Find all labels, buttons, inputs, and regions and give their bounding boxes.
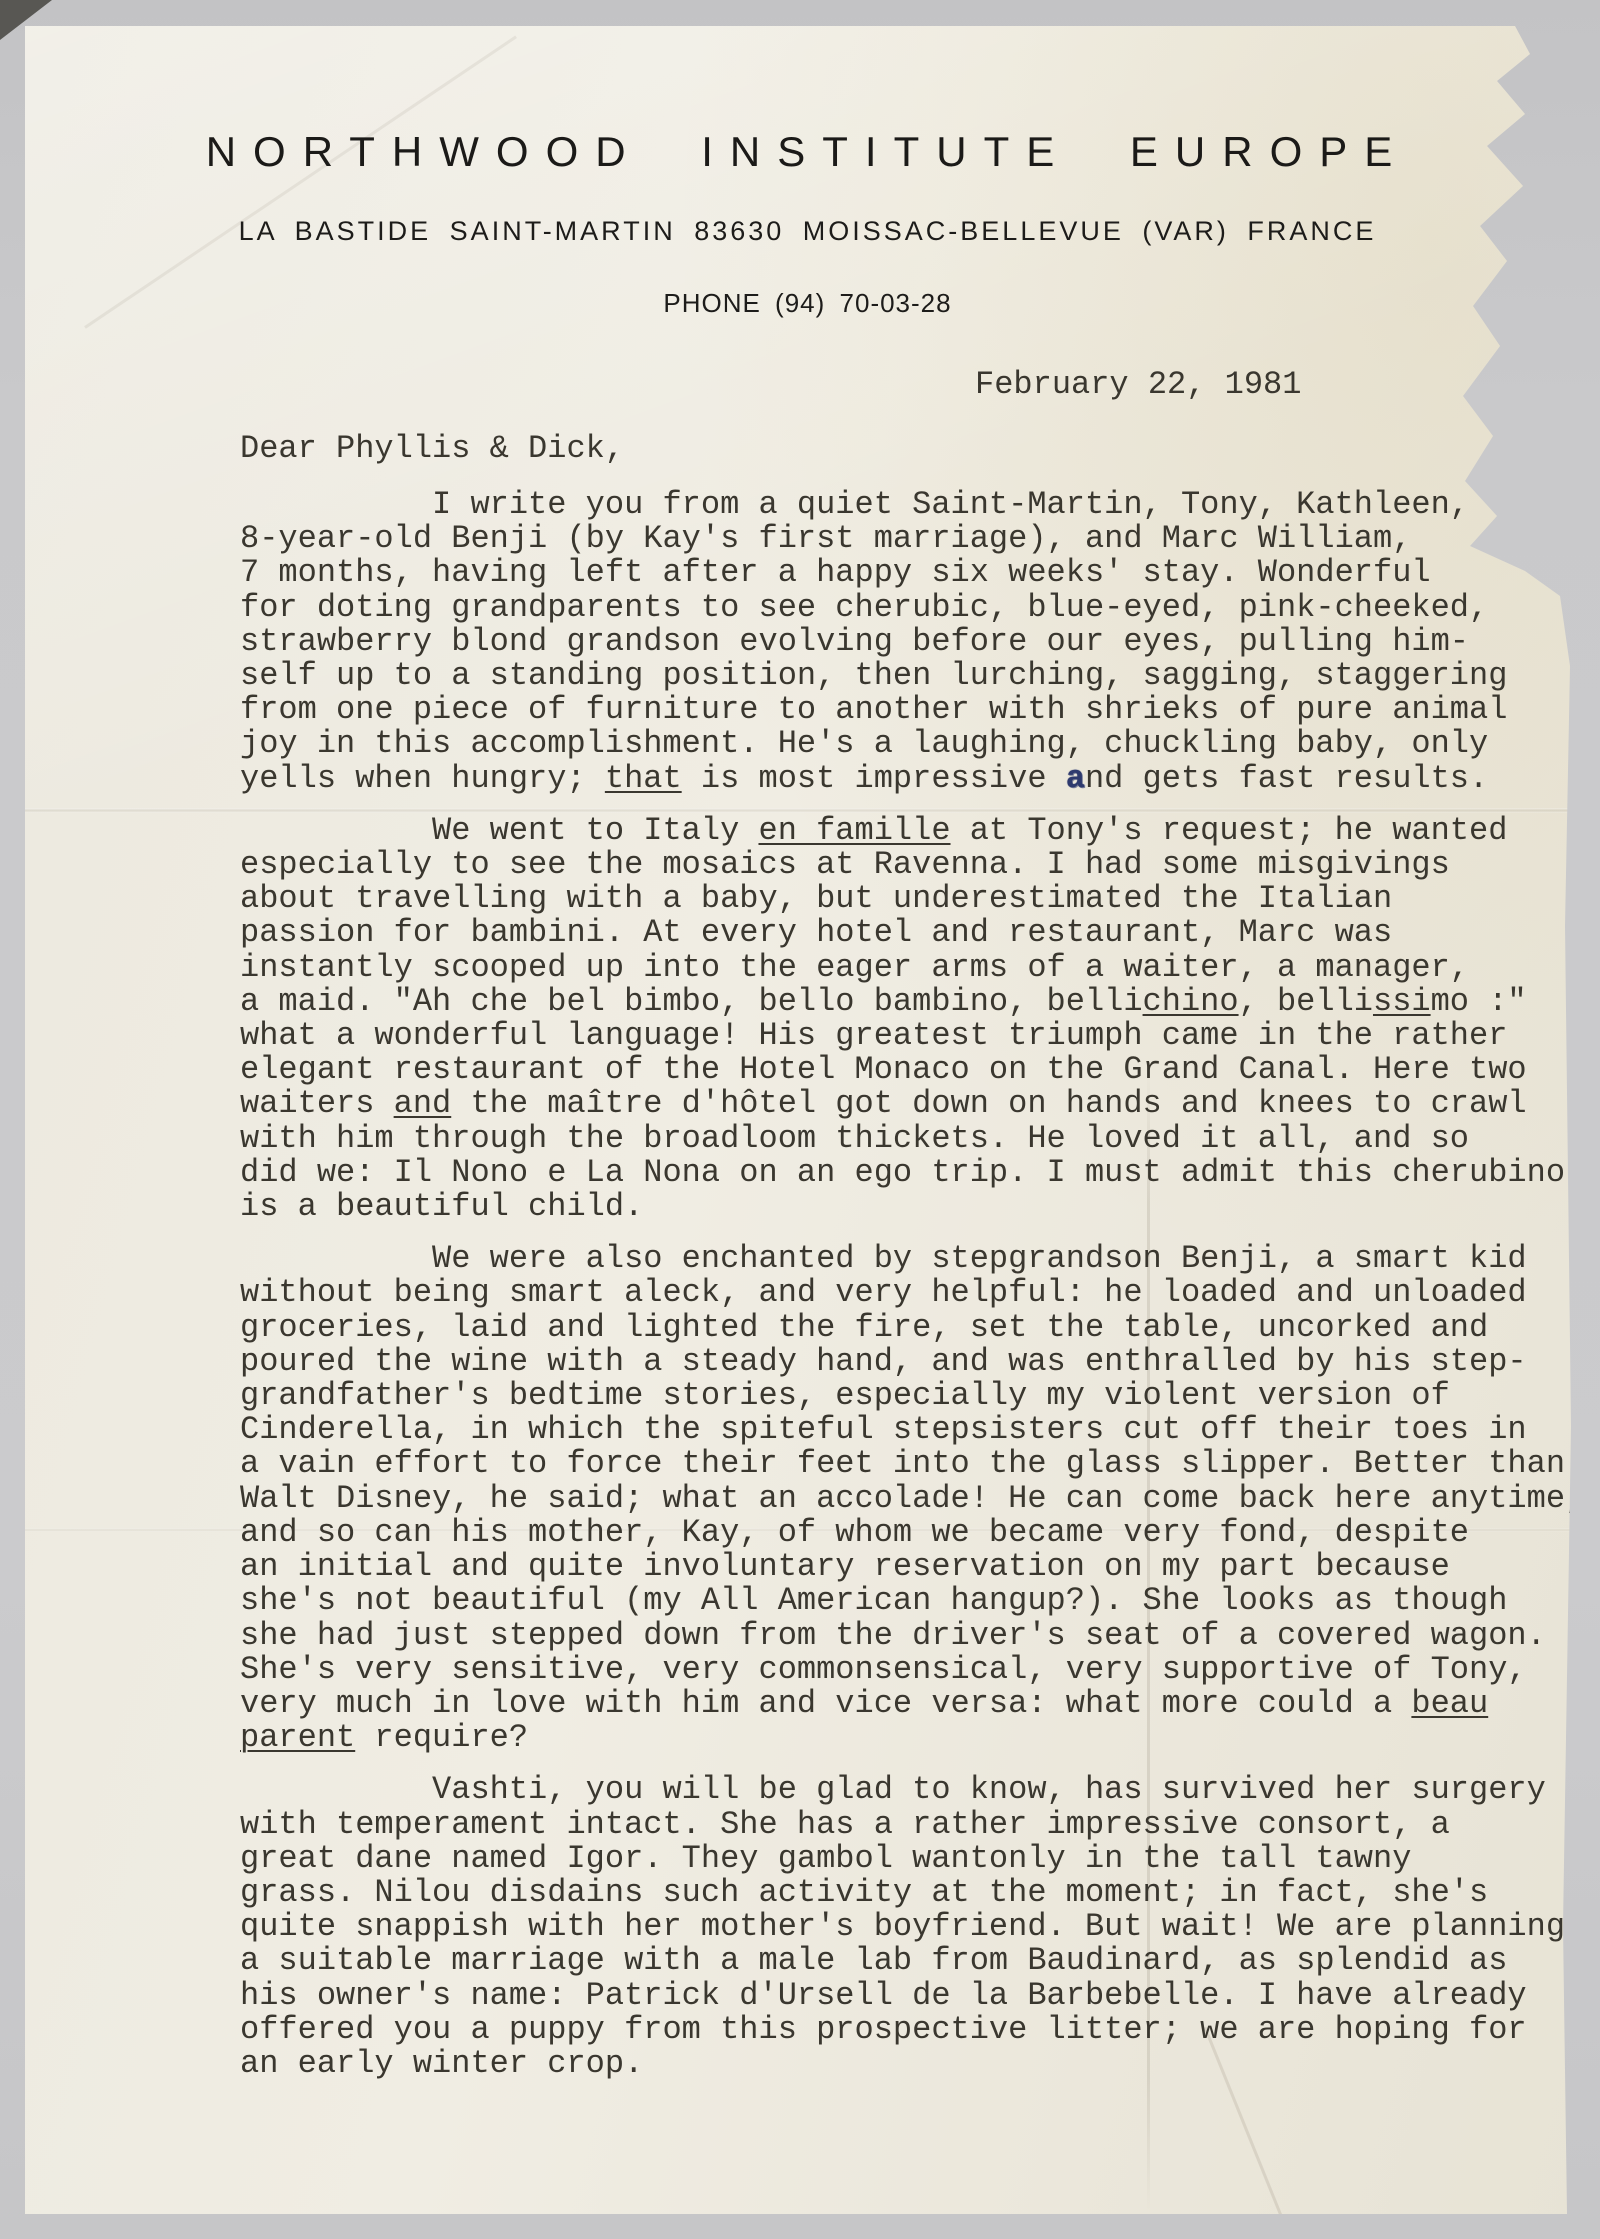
underlined-text: parent bbox=[240, 1719, 355, 1756]
diagonal-crease bbox=[84, 35, 517, 328]
letterhead-phone-line: PHONE (94) 70-03-28 bbox=[25, 288, 1590, 319]
date-line: February 22, 1981 bbox=[975, 368, 1301, 402]
underlined-text: en famille bbox=[758, 812, 950, 849]
letter-page: NORTHWOOD INSTITUTE EUROPE LA BASTIDE SA… bbox=[25, 26, 1590, 2214]
underlined-text: that bbox=[605, 760, 682, 797]
handwritten-ink-letter: a bbox=[1066, 760, 1085, 797]
scan-background: NORTHWOOD INSTITUTE EUROPE LA BASTIDE SA… bbox=[0, 0, 1600, 2239]
letterhead-org-name: NORTHWOOD INSTITUTE EUROPE bbox=[25, 128, 1590, 176]
letter-paragraph-4: Vashti, you will be glad to know, has su… bbox=[240, 1773, 1590, 2081]
letter-body: I write you from a quiet Saint-Martin, T… bbox=[240, 488, 1590, 2099]
letter-paragraph-1: I write you from a quiet Saint-Martin, T… bbox=[240, 488, 1590, 796]
letterhead-address-line: LA BASTIDE SAINT-MARTIN 83630 MOISSAC-BE… bbox=[25, 216, 1590, 247]
underlined-text: beau bbox=[1411, 1685, 1488, 1722]
salutation: Dear Phyllis & Dick, bbox=[240, 432, 624, 466]
underlined-text: and bbox=[394, 1085, 452, 1122]
letter-paragraph-2: We went to Italy en famille at Tony's re… bbox=[240, 814, 1590, 1224]
underlined-text: chino bbox=[1143, 983, 1239, 1020]
letter-paragraph-3: We were also enchanted by stepgrandson B… bbox=[240, 1242, 1590, 1755]
underlined-text: ssi bbox=[1373, 983, 1431, 1020]
